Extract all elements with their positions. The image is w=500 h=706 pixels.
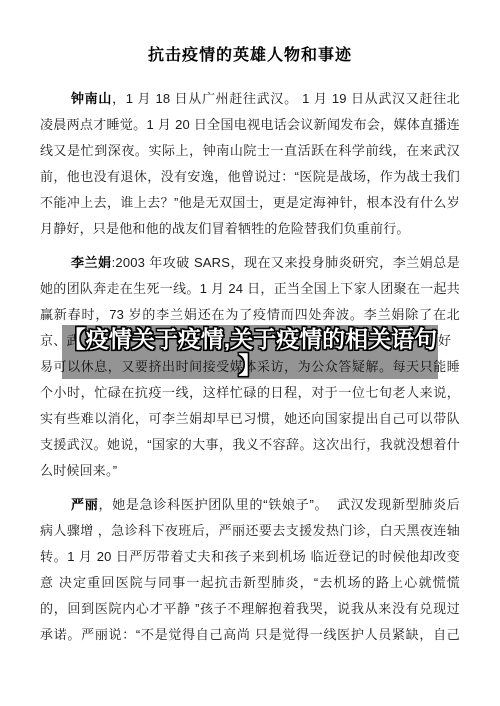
watermark-text-line1: 【疫情关于疫情,关于疫情的相关语句 <box>63 326 437 352</box>
paragraph-yan-li: 严丽，她是急诊科医护团队里的“铁娘子”。 武汉发现新型肺炎后 病人骤增 ，急诊科… <box>40 492 460 648</box>
text-line: 病人骤增 ，急诊科下夜班后，严丽还要去支援发热门诊，白天黑夜连轴 <box>40 518 460 544</box>
text-line: 支援武汉。她说，“国家的大事，我义不容辞。这次出行，我就没想着什 <box>40 432 460 458</box>
text-line: 个小时，忙碌在抗疫一线，这样忙碌的日程，对于一位七旬老人来说，确 <box>40 380 460 406</box>
text-line: 的，回到医院内心才平静 ”孩子不理解抱着我哭，说我从来没有兑现过 <box>40 596 460 622</box>
text-line: 前，他也没有退休，没有安逸，他曾说过：“医院是战场，作为战士我们 <box>40 164 460 190</box>
person-name-zhong-nanshan: 钟南山 <box>71 91 112 106</box>
text-line: 凌晨两点才睡觉。1 月 20 日全国电视电话会议新闻发布会，媒体直播连 <box>40 112 460 138</box>
text-line: 实有些难以消化，可李兰娟却早已习惯，她还向国家提出自己可以带队去 <box>40 406 460 432</box>
text-line: 么时候回来。” <box>40 458 460 484</box>
text-line: 线又是忙到深夜。实际上，钟南山院士一直活跃在科学前线，在来武汉之 <box>40 138 460 164</box>
text-line: 钟南山，1 月 18 日从广州赶往武汉。 1 月 19 日从武汉又赶往北京。 <box>40 86 460 112</box>
text-line: 她的团队奔走在生死一线。1 月 24 日，正当全国上下家人团聚在一起共 <box>40 276 460 302</box>
person-name-yan-li: 严丽 <box>71 497 98 512</box>
text-line: 李兰娟:2003 年攻破 SARS，现在又来投身肺炎研究，李兰娟总是带着 <box>40 250 460 276</box>
watermark-overlay: 【疫情关于疫情,关于疫情的相关语句 】 <box>62 325 438 379</box>
text-segment: ，她是急诊科医护团队里的“铁娘子”。 武汉发现新型肺炎后 <box>98 497 460 512</box>
text-segment: ，1 月 18 日从广州赶往武汉。 1 月 19 日从武汉又赶往北京。 <box>71 91 460 112</box>
obscured-line-right-fragment: 好不容 <box>438 328 460 354</box>
text-line: 转。1 月 20 日严厉带着丈夫和孩子来到机场 临近登记的时候他却改变主 <box>40 544 460 570</box>
text-line: 意 决定重回医院与同事一起抗击新型肺炎，“去机场的路上心就慌慌 <box>40 570 460 596</box>
paragraph-zhong-nanshan: 钟南山，1 月 18 日从广州赶往武汉。 1 月 19 日从武汉又赶往北京。 凌… <box>40 86 460 242</box>
text-segment: :2003 年攻破 SARS，现在又来投身肺炎研究，李兰娟总是带着 <box>71 255 460 276</box>
text-line: 承诺。严丽说：“不是觉得自己高尚 只是觉得一线医护人员紧缺，自己 <box>40 622 460 648</box>
text-line: 不能冲上去，谁上去？”他是无双国士，更是定海神针，根本没有什么岁 <box>40 190 460 216</box>
text-line: 月静好，只是他和他的战友们冒着牺牲的危险替我们负重前行。 <box>40 216 460 242</box>
watermark-text-line2: 】 <box>239 352 262 378</box>
text-line: 严丽，她是急诊科医护团队里的“铁娘子”。 武汉发现新型肺炎后 <box>40 492 460 518</box>
person-name-li-lanjuan: 李兰娟 <box>71 255 112 270</box>
page-title: 抗击疫情的英雄人物和事迹 <box>40 44 460 68</box>
